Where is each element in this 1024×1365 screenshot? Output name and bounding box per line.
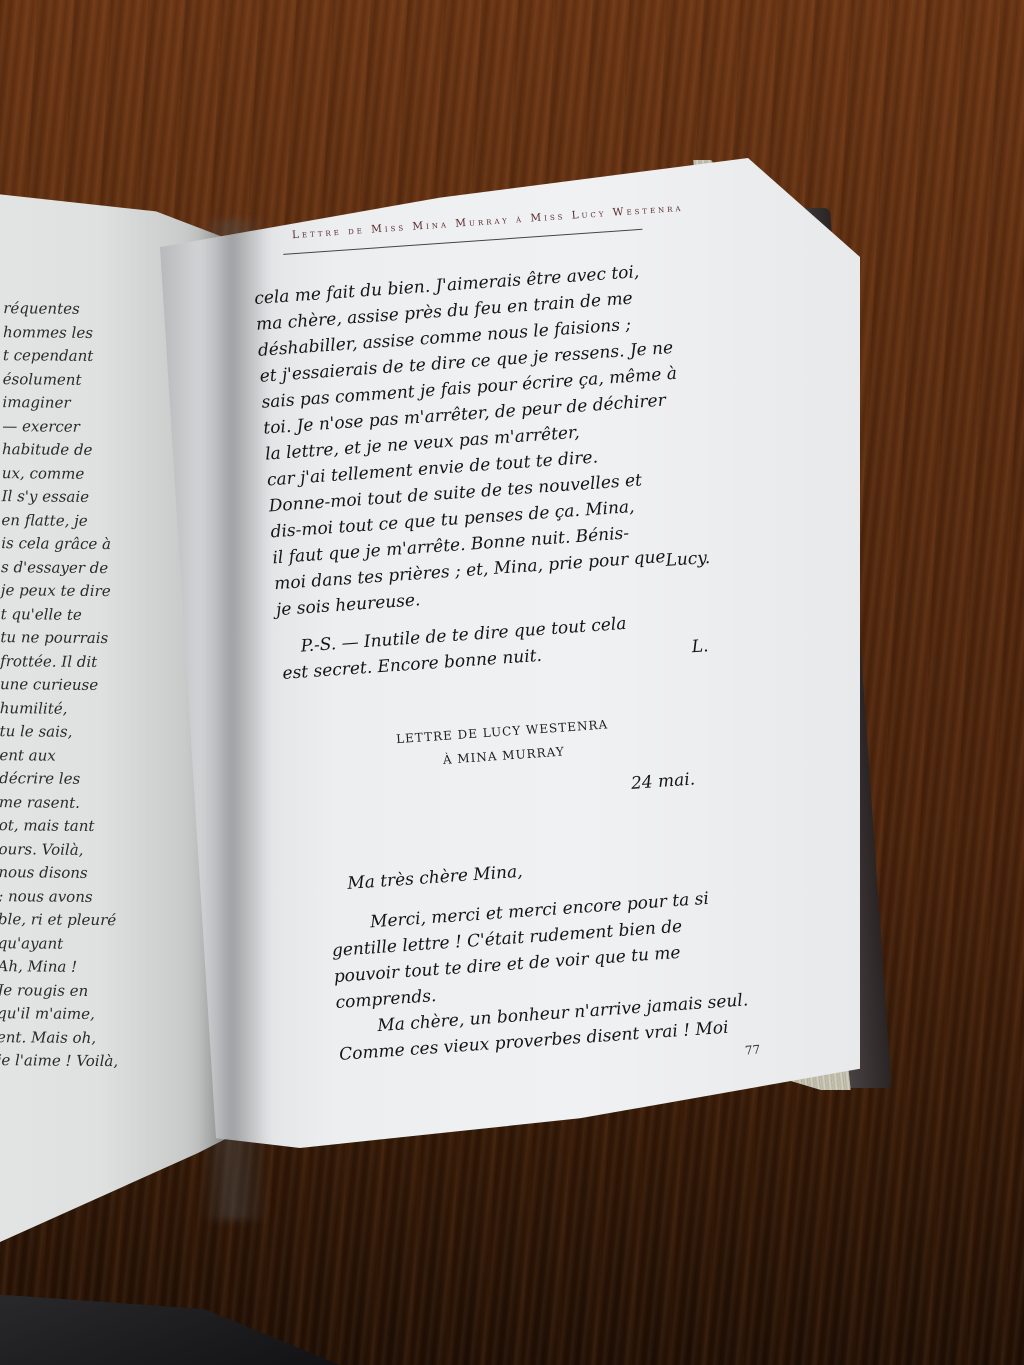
left-line: habitude de <box>2 438 202 463</box>
left-line: ux, comme <box>2 462 202 487</box>
left-line: is cela grâce à <box>1 532 201 557</box>
page-number: 77 <box>744 1043 760 1058</box>
left-line: décrire les <box>0 767 199 792</box>
left-line: je l'aime ! Voilà, <box>0 1049 197 1074</box>
left-line: tu le sais, <box>0 720 200 745</box>
left-line: ent aux <box>0 744 199 769</box>
left-line: en flatte, je <box>1 509 201 534</box>
left-line: tu ne pourrais <box>0 626 200 651</box>
left-line: nous disons <box>0 861 198 886</box>
ps-signature: L. <box>691 633 709 660</box>
left-line: une curieuse <box>0 673 200 698</box>
left-line: humilité, <box>0 697 200 722</box>
running-head: Lettre de Miss Mina Murray à Miss Lucy W… <box>292 202 684 241</box>
left-line: je peux te dire <box>1 579 201 604</box>
left-line: Il s'y essaie <box>2 485 202 510</box>
left-line: t qu'elle te <box>1 603 201 628</box>
letter-date: 24 mai. <box>630 766 696 796</box>
left-line: ble, ri et pleuré <box>0 908 198 933</box>
left-line: Je rougis en <box>0 979 197 1004</box>
left-line: Ah, Mina ! <box>0 955 198 980</box>
left-line: me rasent. <box>0 791 199 816</box>
right-page-content: Lettre de Miss Mina Murray à Miss Lucy W… <box>241 183 781 1094</box>
left-line: ent. Mais oh, <box>0 1026 197 1051</box>
letter-2-heading: Lettre de Lucy Westenra à Mina Murray <box>387 712 620 776</box>
left-line: s d'essayer de <box>1 556 201 581</box>
letter-1-body: cela me fait du bien. J'aimerais être av… <box>253 254 735 623</box>
left-line: frottée. Il dit <box>0 650 200 675</box>
letter-2-body: Ma très chère Mina, Merci, merci et merc… <box>346 842 779 1067</box>
dark-cloth <box>0 1285 340 1365</box>
left-line: ; nous avons <box>0 885 198 910</box>
left-line: ours. Voilà, <box>0 838 199 863</box>
signature-lucy: Lucy. <box>665 545 711 574</box>
left-line: qu'il m'aime, <box>0 1002 197 1027</box>
left-line: qu'ayant <box>0 932 198 957</box>
left-line: ot, mais tant <box>0 814 199 839</box>
